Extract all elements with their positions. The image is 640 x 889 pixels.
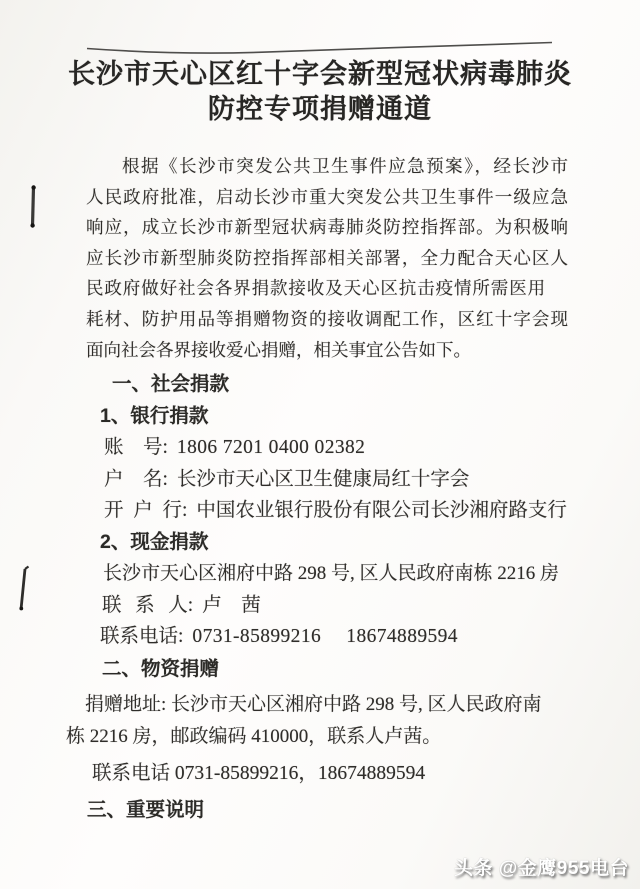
heading-cash-donation: 2、现金捐款 — [100, 527, 576, 559]
doc-title-line-1: 长沙市天心区红十字会新型冠状病毒肺炎 — [64, 57, 576, 92]
material-address-line-2: 栋 2216 房，邮政编码 410000，联系人卢茜。 — [66, 721, 576, 753]
document-content: 长沙市天心区红十字会新型冠状病毒肺炎 防控专项捐赠通道 根据《长沙市突发公共卫生… — [0, 0, 640, 889]
bank-branch-row: 开 户 行:中国农业银行股份有限公司长沙湘府路支行 — [104, 495, 576, 527]
doc-title-line-2: 防控专项捐赠通道 — [64, 92, 576, 127]
watermark: 头条 @金鹰955电台 — [454, 853, 629, 880]
material-phone-line: 联系电话 0731-85899216，18674889594 — [92, 758, 576, 790]
heading-bank-donation: 1、银行捐款 — [100, 401, 576, 433]
bank-branch-value: 中国农业银行股份有限公司长沙湘府路支行 — [187, 500, 567, 521]
account-number-label: 账 号: — [104, 437, 168, 458]
intro-paragraph: 根据《长沙市突发公共卫生事件应急预案》，经长沙市 人民政府批准，启动长沙市重大突… — [86, 151, 568, 365]
intro-line: 根据《长沙市突发公共卫生事件应急预案》，经长沙市 — [86, 151, 568, 182]
contact-phone-row: 联系电话:0731-85899216 18674889594 — [100, 621, 576, 653]
material-address-line-1: 捐赠地址: 长沙市天心区湘府中路 298 号, 区人民政府南 — [85, 689, 576, 721]
contact-phone-value: 0731-85899216 18674889594 — [183, 626, 458, 647]
intro-line: 响应，成立长沙市新型冠状病毒肺炎防控指挥部。为积极响 — [86, 212, 568, 243]
account-holder-row: 户 名:长沙市天心区卫生健康局红十字会 — [104, 464, 576, 496]
intro-line: 应长沙市新型肺炎防控指挥部相关部署，全力配合天心区人 — [86, 243, 568, 274]
cash-address: 长沙市天心区湘府中路 298 号, 区人民政府南栋 2216 房 — [103, 558, 576, 590]
account-number-value: 1806 7201 0400 02382 — [168, 437, 365, 458]
contact-phone-label: 联系电话: — [100, 626, 183, 647]
bank-branch-label: 开 户 行: — [104, 500, 187, 521]
account-holder-value: 长沙市天心区卫生健康局红十字会 — [168, 469, 470, 490]
heading-important-notes: 三、重要说明 — [87, 795, 576, 827]
contact-person-value: 卢 茜 — [193, 595, 261, 616]
contact-person-label: 联 系 人: — [102, 595, 193, 616]
intro-line: 民政府做好社会各界捐款接收及天心区抗击疫情所需医用 — [86, 273, 568, 304]
account-number-row: 账 号:1806 7201 0400 02382 — [104, 432, 576, 464]
account-holder-label: 户 名: — [104, 469, 168, 490]
document-page: 长沙市天心区红十字会新型冠状病毒肺炎 防控专项捐赠通道 根据《长沙市突发公共卫生… — [0, 0, 640, 889]
heading-social-donation: 一、社会捐款 — [112, 369, 576, 401]
intro-line: 耗材、防护用品等捐赠物资的接收调配工作，区红十字会现 — [86, 304, 568, 335]
intro-line: 面向社会各界接收爱心捐赠，相关事宜公告如下。 — [86, 335, 568, 366]
intro-line: 人民政府批准，启动长沙市重大突发公共卫生事件一级应急 — [86, 182, 568, 213]
heading-material-donation: 二、物资捐赠 — [102, 654, 576, 686]
contact-person-row: 联 系 人:卢 茜 — [102, 590, 576, 622]
